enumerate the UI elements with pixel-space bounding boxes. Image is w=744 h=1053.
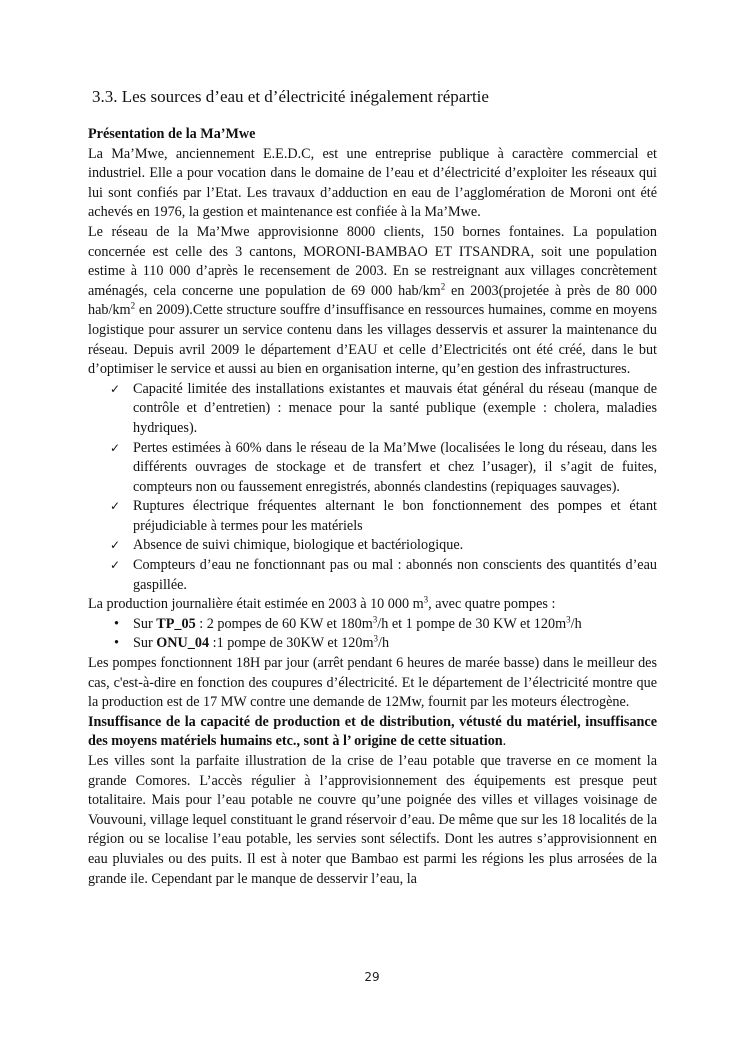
list-item: •Sur ONU_04 :1 pompe de 30KW et 120m3/h — [88, 634, 657, 654]
section-title: 3.3. Les sources d’eau et d’électricité … — [92, 86, 657, 108]
checkmark-icon: ✓ — [110, 497, 120, 517]
list-item: •Sur TP_05 : 2 pompes de 60 KW et 180m3/… — [88, 615, 657, 635]
page-number: 29 — [0, 970, 744, 984]
paragraph-pumps: Les pompes fonctionnent 18H par jour (ar… — [88, 654, 657, 713]
checkmark-icon: ✓ — [110, 556, 120, 576]
checkmark-icon: ✓ — [110, 439, 120, 459]
list-item: ✓Capacité limitée des installations exis… — [88, 380, 657, 439]
paragraph-production: La production journalière était estimée … — [88, 595, 657, 615]
checkmark-icon: ✓ — [110, 380, 120, 400]
list-item: ✓Pertes estimées à 60% dans le réseau de… — [88, 439, 657, 498]
bullet-icon: • — [114, 615, 119, 635]
list-item: ✓Ruptures électrique fréquentes alternan… — [88, 497, 657, 536]
list-item: ✓Absence de suivi chimique, biologique e… — [88, 536, 657, 556]
bullet-icon: • — [114, 634, 119, 654]
problems-checklist: ✓Capacité limitée des installations exis… — [88, 380, 657, 596]
paragraph-cities: Les villes sont la parfaite illustration… — [88, 752, 657, 889]
document-page: 3.3. Les sources d’eau et d’électricité … — [88, 86, 657, 889]
subtitle: Présentation de la Ma’Mwe — [88, 125, 657, 145]
list-item: ✓Compteurs d’eau ne fonctionnant pas ou … — [88, 556, 657, 595]
paragraph-bold-summary: Insuffisance de la capacité de productio… — [88, 713, 657, 752]
paragraph-network: Le réseau de la Ma’Mwe approvisionne 800… — [88, 223, 657, 380]
pumps-list: •Sur TP_05 : 2 pompes de 60 KW et 180m3/… — [88, 615, 657, 654]
paragraph-presentation: La Ma’Mwe, anciennement E.E.D.C, est une… — [88, 145, 657, 223]
checkmark-icon: ✓ — [110, 536, 120, 556]
